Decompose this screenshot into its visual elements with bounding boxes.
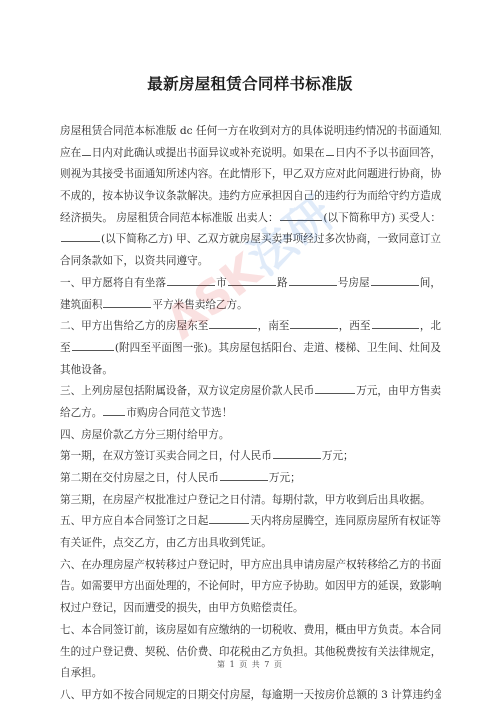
- document-line: 给乙方。市购房合同范文节选！: [60, 403, 441, 425]
- line-text: 五、甲方应自本合同签订之日起: [60, 511, 208, 533]
- line-text: ，南至: [258, 316, 290, 338]
- fill-in-blank: [326, 143, 334, 156]
- line-text: 经济损失。 房屋租赁合同范本标准版 出卖人：: [60, 208, 279, 230]
- line-text: 万元；: [269, 468, 301, 490]
- document-line: 一、甲方愿将自有坐落市路号房屋间，: [60, 273, 441, 295]
- fill-in-blank: [61, 229, 100, 242]
- line-text: 日内不予以书面回答，: [335, 143, 441, 165]
- line-text: 应在: [60, 143, 81, 165]
- line-text: 房屋租赁合同范本标准版 dc 任何一方在收到对方的具体说明违约情况的书面通知后，: [60, 121, 441, 143]
- fill-in-blank: [315, 381, 355, 394]
- document-line: 房屋租赁合同范本标准版 dc 任何一方在收到对方的具体说明违约情况的书面通知后，: [60, 121, 441, 143]
- document-line: 四、房屋价款乙方分三期付给甲方。: [60, 425, 441, 447]
- line-text: 万元；: [322, 446, 354, 468]
- line-text: ，西至: [339, 316, 371, 338]
- line-text: 七、本合同签订前，该房屋如有应缴纳的一切税收、费用，概由甲方负责。本合同发: [60, 620, 441, 642]
- line-text: 市: [216, 273, 227, 295]
- document-title: 最新房屋租赁合同样书标准版: [0, 72, 500, 94]
- document-line: 第二期在交付房屋之日，付人民币万元；: [60, 468, 441, 490]
- document-page: 最新房屋租赁合同样书标准版 房屋租赁合同范本标准版 dc 任何一方在收到对方的具…: [0, 0, 500, 706]
- line-text: 有关证件，点交乙方，由乙方出具收到凭证。: [60, 533, 272, 555]
- line-text: 第一期，在双方签订买卖合同之日，付人民币: [60, 446, 272, 468]
- document-line: 八、甲方如不按合同规定的日期交付房屋，每逾期一天按房价总额的 3 计算违约金给: [60, 685, 441, 706]
- document-line: 第三期，在房屋产权批准过户登记之日付清。每期付款，甲方收到后出具收据。: [60, 490, 441, 512]
- document-line: 六、在办理房屋产权转移过户登记时，甲方应出具申请房屋产权转移给乙方的书面报: [60, 555, 441, 577]
- document-line: 第一期，在双方签订买卖合同之日，付人民币万元；: [60, 446, 441, 468]
- fill-in-blank: [167, 273, 215, 286]
- fill-in-blank: [103, 403, 125, 416]
- line-text: ，北: [420, 316, 441, 338]
- document-line: 五、甲方应自本合同签订之日起天内将房屋腾空，连同原房屋所有权证等: [60, 511, 441, 533]
- page-number-footer: 第 1 页 共 7 页: [0, 659, 500, 670]
- document-line: 应在日内对此确认或提出书面异议或补充说明。如果在日内不予以书面回答，: [60, 143, 441, 165]
- line-text: 四、房屋价款乙方分三期付给甲方。: [60, 425, 230, 447]
- line-text: 八、甲方如不按合同规定的日期交付房屋，每逾期一天按房价总额的 3 计算违约金给: [60, 685, 441, 706]
- fill-in-blank: [290, 316, 337, 329]
- fill-in-blank: [103, 295, 151, 308]
- line-text: 二、甲方出售给乙方的房屋东至: [60, 316, 208, 338]
- fill-in-blank: [273, 446, 321, 459]
- line-text: 建筑面积: [60, 295, 102, 317]
- fill-in-blank: [371, 273, 419, 286]
- document-line: 建筑面积平方米售卖给乙方。: [60, 295, 441, 317]
- line-text: 告。如需要甲方出面处理的，不论何时，甲方应予协助。如因甲方的延误，致影响产: [60, 576, 441, 598]
- document-line: 告。如需要甲方出面处理的，不论何时，甲方应予协助。如因甲方的延误，致影响产: [60, 576, 441, 598]
- document-line: 三、上列房屋包括附属设备，双方议定房屋价款人民币万元，由甲方售卖: [60, 381, 441, 403]
- document-line: 至(附四至平面图一张)。其房屋包括阳台、走道、楼梯、卫生间、灶间及: [60, 338, 441, 360]
- line-text: 间，: [420, 273, 441, 295]
- line-text: 平方米售卖给乙方。: [152, 295, 247, 317]
- fill-in-blank: [280, 208, 323, 221]
- line-text: 合同条款如下，以资共同遵守。: [60, 251, 208, 273]
- document-line: 二、甲方出售给乙方的房屋东至，南至，西至，北: [60, 316, 441, 338]
- line-text: 第三期，在房屋产权批准过户登记之日付清。每期付款，甲方收到后出具收据。: [60, 490, 431, 512]
- fill-in-blank: [220, 468, 268, 481]
- fill-in-blank: [209, 316, 256, 329]
- document-line: (以下简称乙方) 甲、乙双方就房屋买卖事项经过多次协商，一致同意订立: [60, 229, 441, 251]
- document-line: 其他设备。: [60, 360, 441, 382]
- line-text: (以下简称乙方) 甲、乙双方就房屋买卖事项经过多次协商，一致同意订立: [101, 229, 441, 251]
- document-line: 经济损失。 房屋租赁合同范本标准版 出卖人：(以下简称甲方) 买受人：: [60, 208, 441, 230]
- line-text: 至: [60, 338, 71, 360]
- line-text: 则视为其接受书面通知所述内容。在此情形下，甲乙双方应对此问题进行协商，协商: [60, 164, 441, 186]
- document-line: 合同条款如下，以资共同遵守。: [60, 251, 441, 273]
- line-text: 万元，由甲方售卖: [356, 381, 441, 403]
- fill-in-blank: [289, 273, 337, 286]
- fill-in-blank: [228, 273, 276, 286]
- document-line: 不成的，按本协议争议条款解决。违约方应承担因自己的违约行为而给守约方造成的: [60, 186, 441, 208]
- fill-in-blank: [209, 511, 249, 524]
- document-line: 则视为其接受书面通知所述内容。在此情形下，甲乙双方应对此问题进行协商，协商: [60, 164, 441, 186]
- line-text: 路: [277, 273, 288, 295]
- document-line: 权过户登记，因而遭受的损失，由甲方负赔偿责任。: [60, 598, 441, 620]
- line-text: 三、上列房屋包括附属设备，双方议定房屋价款人民币: [60, 381, 314, 403]
- document-body: 房屋租赁合同范本标准版 dc 任何一方在收到对方的具体说明违约情况的书面通知后，…: [60, 121, 441, 706]
- fill-in-blank: [372, 316, 419, 329]
- line-text: (以下简称甲方) 买受人：: [323, 208, 441, 230]
- line-text: 一、甲方愿将自有坐落: [60, 273, 166, 295]
- line-text: 市购房合同范文节选！: [126, 403, 232, 425]
- document-line: 七、本合同签订前，该房屋如有应缴纳的一切税收、费用，概由甲方负责。本合同发: [60, 620, 441, 642]
- line-text: 不成的，按本协议争议条款解决。违约方应承担因自己的违约行为而给守约方造成的: [60, 186, 441, 208]
- line-text: 给乙方。: [60, 403, 102, 425]
- document-line: 有关证件，点交乙方，由乙方出具收到凭证。: [60, 533, 441, 555]
- line-text: 六、在办理房屋产权转移过户登记时，甲方应出具申请房屋产权转移给乙方的书面报: [60, 555, 441, 577]
- fill-in-blank: [82, 143, 90, 156]
- line-text: (附四至平面图一张)。其房屋包括阳台、走道、楼梯、卫生间、灶间及: [115, 338, 441, 360]
- line-text: 天内将房屋腾空，连同原房屋所有权证等: [250, 511, 441, 533]
- fill-in-blank: [72, 338, 114, 351]
- line-text: 第二期在交付房屋之日，付人民币: [60, 468, 219, 490]
- line-text: 权过户登记，因而遭受的损失，由甲方负赔偿责任。: [60, 598, 304, 620]
- line-text: 号房屋: [338, 273, 370, 295]
- line-text: 日内对此确认或提出书面异议或补充说明。如果在: [92, 143, 325, 165]
- line-text: 其他设备。: [60, 360, 113, 382]
